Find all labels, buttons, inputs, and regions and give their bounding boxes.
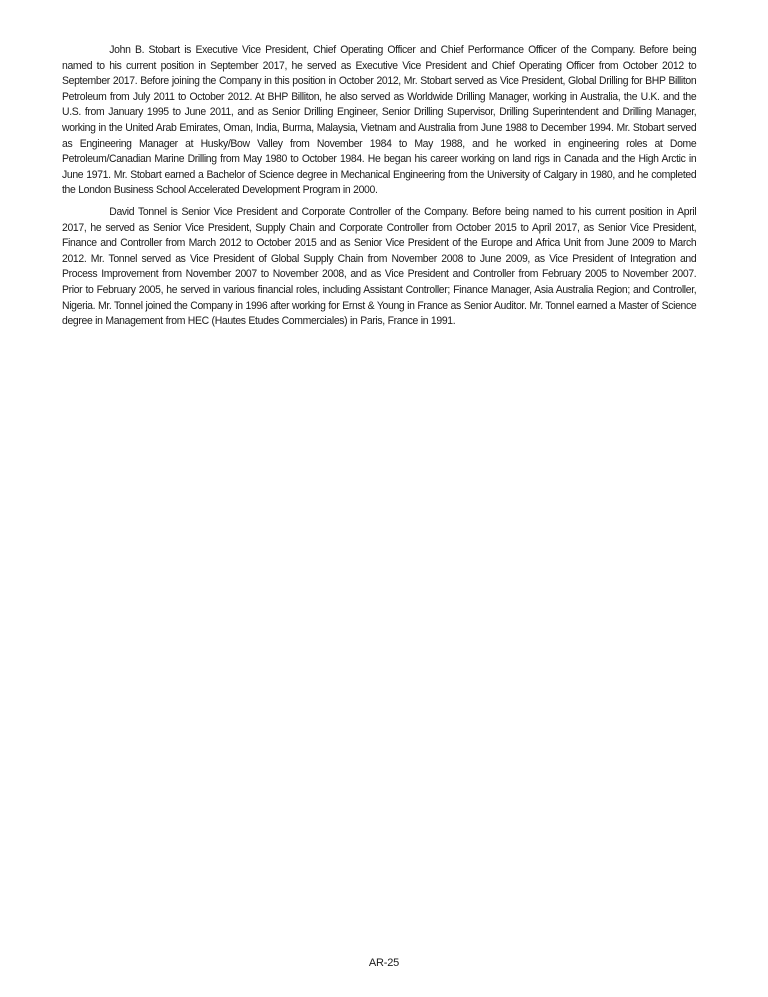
document-body: John B. Stobart is Executive Vice Presid…: [62, 43, 706, 336]
bio-paragraph-david-tonnel: David Tonnel is Senior Vice President an…: [62, 205, 696, 330]
page-number: AR-25: [0, 957, 768, 969]
bio-paragraph-john-stobart: John B. Stobart is Executive Vice Presid…: [62, 43, 696, 199]
